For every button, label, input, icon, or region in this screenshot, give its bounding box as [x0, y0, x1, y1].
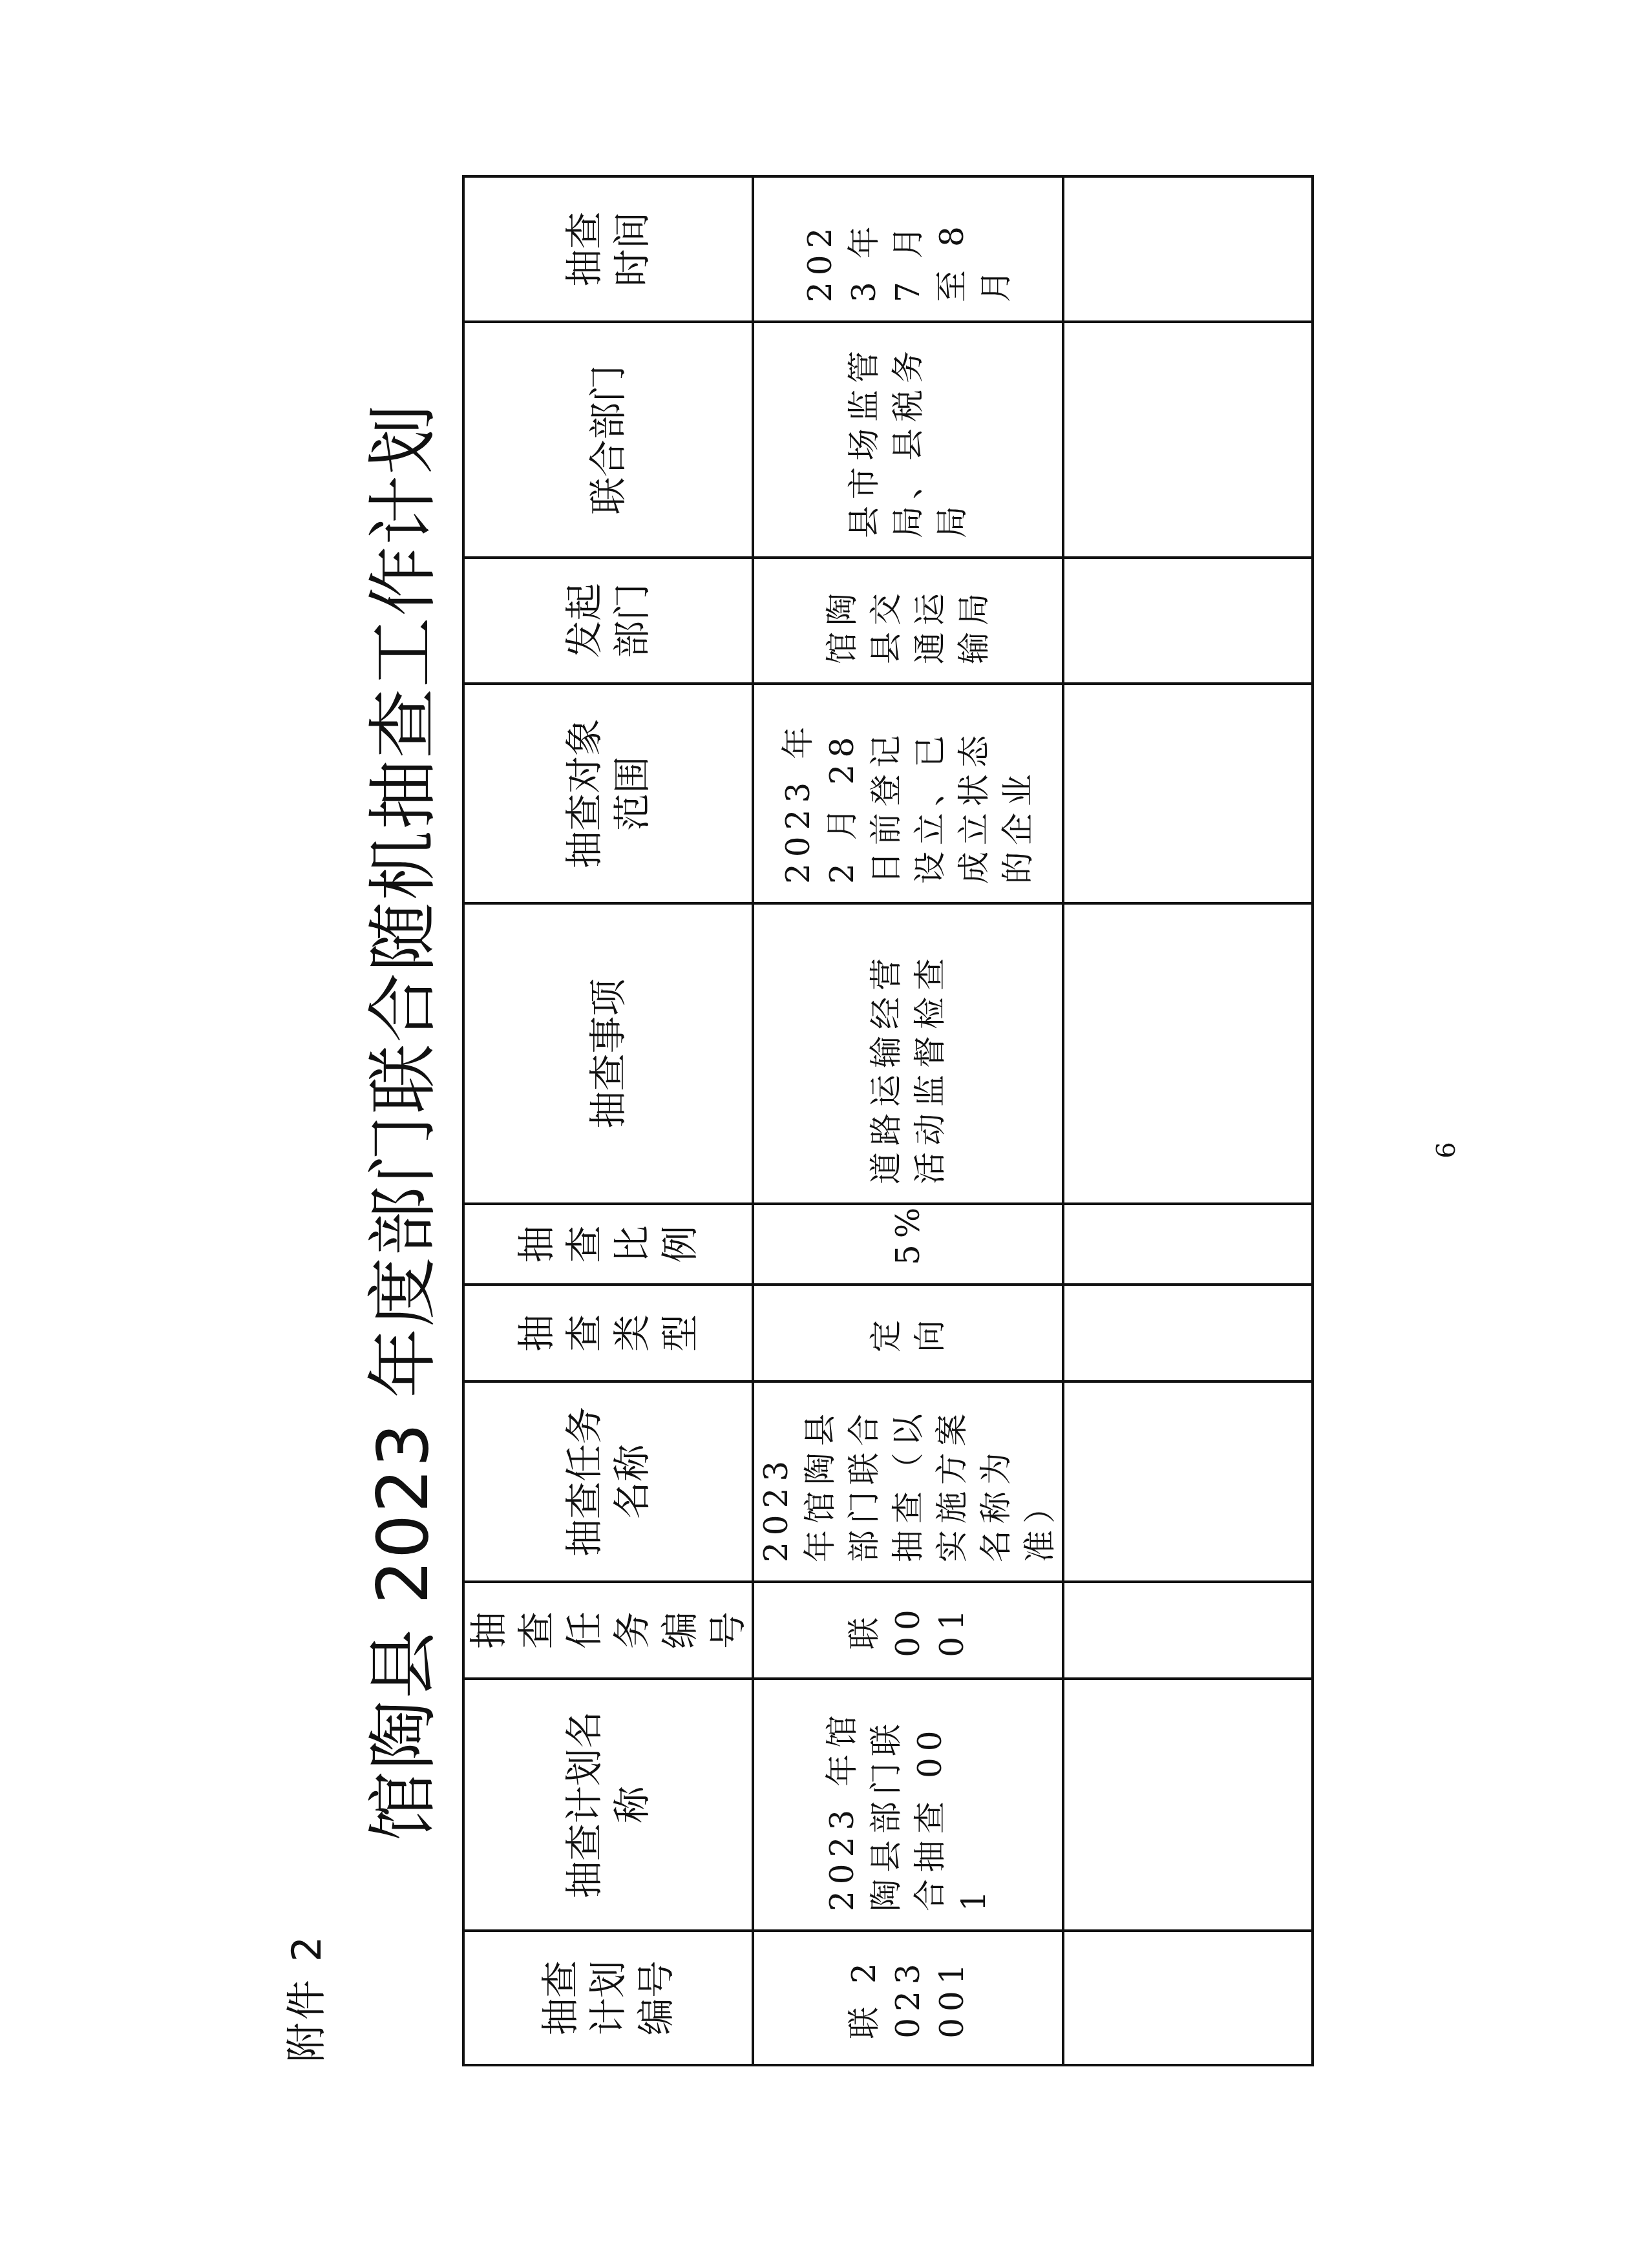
cell-check-type: 定向: [753, 1285, 1063, 1381]
header-initiating-dept: 发起部门: [463, 558, 753, 684]
cell-joint-depts: [1063, 322, 1313, 558]
annex-label: 附件 2: [275, 1934, 332, 2063]
cell-target-scope: [1063, 684, 1313, 903]
cell-check-type: [1063, 1285, 1313, 1381]
cell-initiating-dept: 馆陶县交通运输局: [753, 558, 1063, 684]
cell-check-ratio: [1063, 1204, 1313, 1285]
cell-plan-no: 联 2023001: [753, 1931, 1063, 2065]
cell-joint-depts: 县市场监管局、县税务局: [753, 322, 1063, 558]
inspection-plan-table: 抽查计划编号 抽查计划名称 抽查任务编号 抽查任务名称 抽查类型 抽查比例 抽查…: [462, 175, 1314, 2066]
cell-plan-no: [1063, 1931, 1313, 2065]
cell-initiating-dept: [1063, 558, 1313, 684]
cell-check-items: [1063, 903, 1313, 1204]
cell-task-no: 联 0001: [753, 1582, 1063, 1679]
cell-check-time: [1063, 176, 1313, 322]
table-row-empty: [1063, 176, 1313, 2065]
cell-task-name: 2023 年馆陶县部门联合抽查（以实施方案名称为准）: [753, 1381, 1063, 1582]
cell-check-time: 2023 年 7 月至 8 月: [753, 176, 1063, 322]
header-check-type: 抽查类型: [463, 1285, 753, 1381]
cell-target-scope: 2023 年 2 月 28 日前登记设立、已成立状态的企业: [753, 684, 1063, 903]
header-plan-name: 抽查计划名称: [463, 1679, 753, 1931]
page-title: 馆陶县 2023 年度部门联合随机抽查工作计划: [362, 178, 446, 2066]
cell-check-ratio: 5%: [753, 1204, 1063, 1285]
header-target-scope: 抽查对象范围: [463, 684, 753, 903]
header-task-name: 抽查任务名称: [463, 1381, 753, 1582]
cell-check-items: 道路运输经营活动监督检查: [753, 903, 1063, 1204]
cell-plan-name: [1063, 1679, 1313, 1931]
cell-task-name: [1063, 1381, 1313, 1582]
header-check-ratio: 抽查比例: [463, 1204, 753, 1285]
cell-task-no: [1063, 1582, 1313, 1679]
document-page: 附件 2 馆陶县 2023 年度部门联合随机抽查工作计划 抽查计划编号 抽查计划…: [0, 0, 1648, 2268]
header-plan-no: 抽查计划编号: [463, 1931, 753, 2065]
header-check-items: 抽查事项: [463, 903, 753, 1204]
page-number: 6: [1431, 1131, 1461, 1170]
table-row: 联 2023001 2023 年馆陶县部门联合抽查 001 联 0001 202…: [753, 176, 1063, 2065]
cell-plan-name: 2023 年馆陶县部门联合抽查 001: [753, 1679, 1063, 1931]
header-joint-depts: 联合部门: [463, 322, 753, 558]
header-check-time: 抽查时间: [463, 176, 753, 322]
header-task-no: 抽查任务编号: [463, 1582, 753, 1679]
table-header-row: 抽查计划编号 抽查计划名称 抽查任务编号 抽查任务名称 抽查类型 抽查比例 抽查…: [463, 176, 753, 2065]
